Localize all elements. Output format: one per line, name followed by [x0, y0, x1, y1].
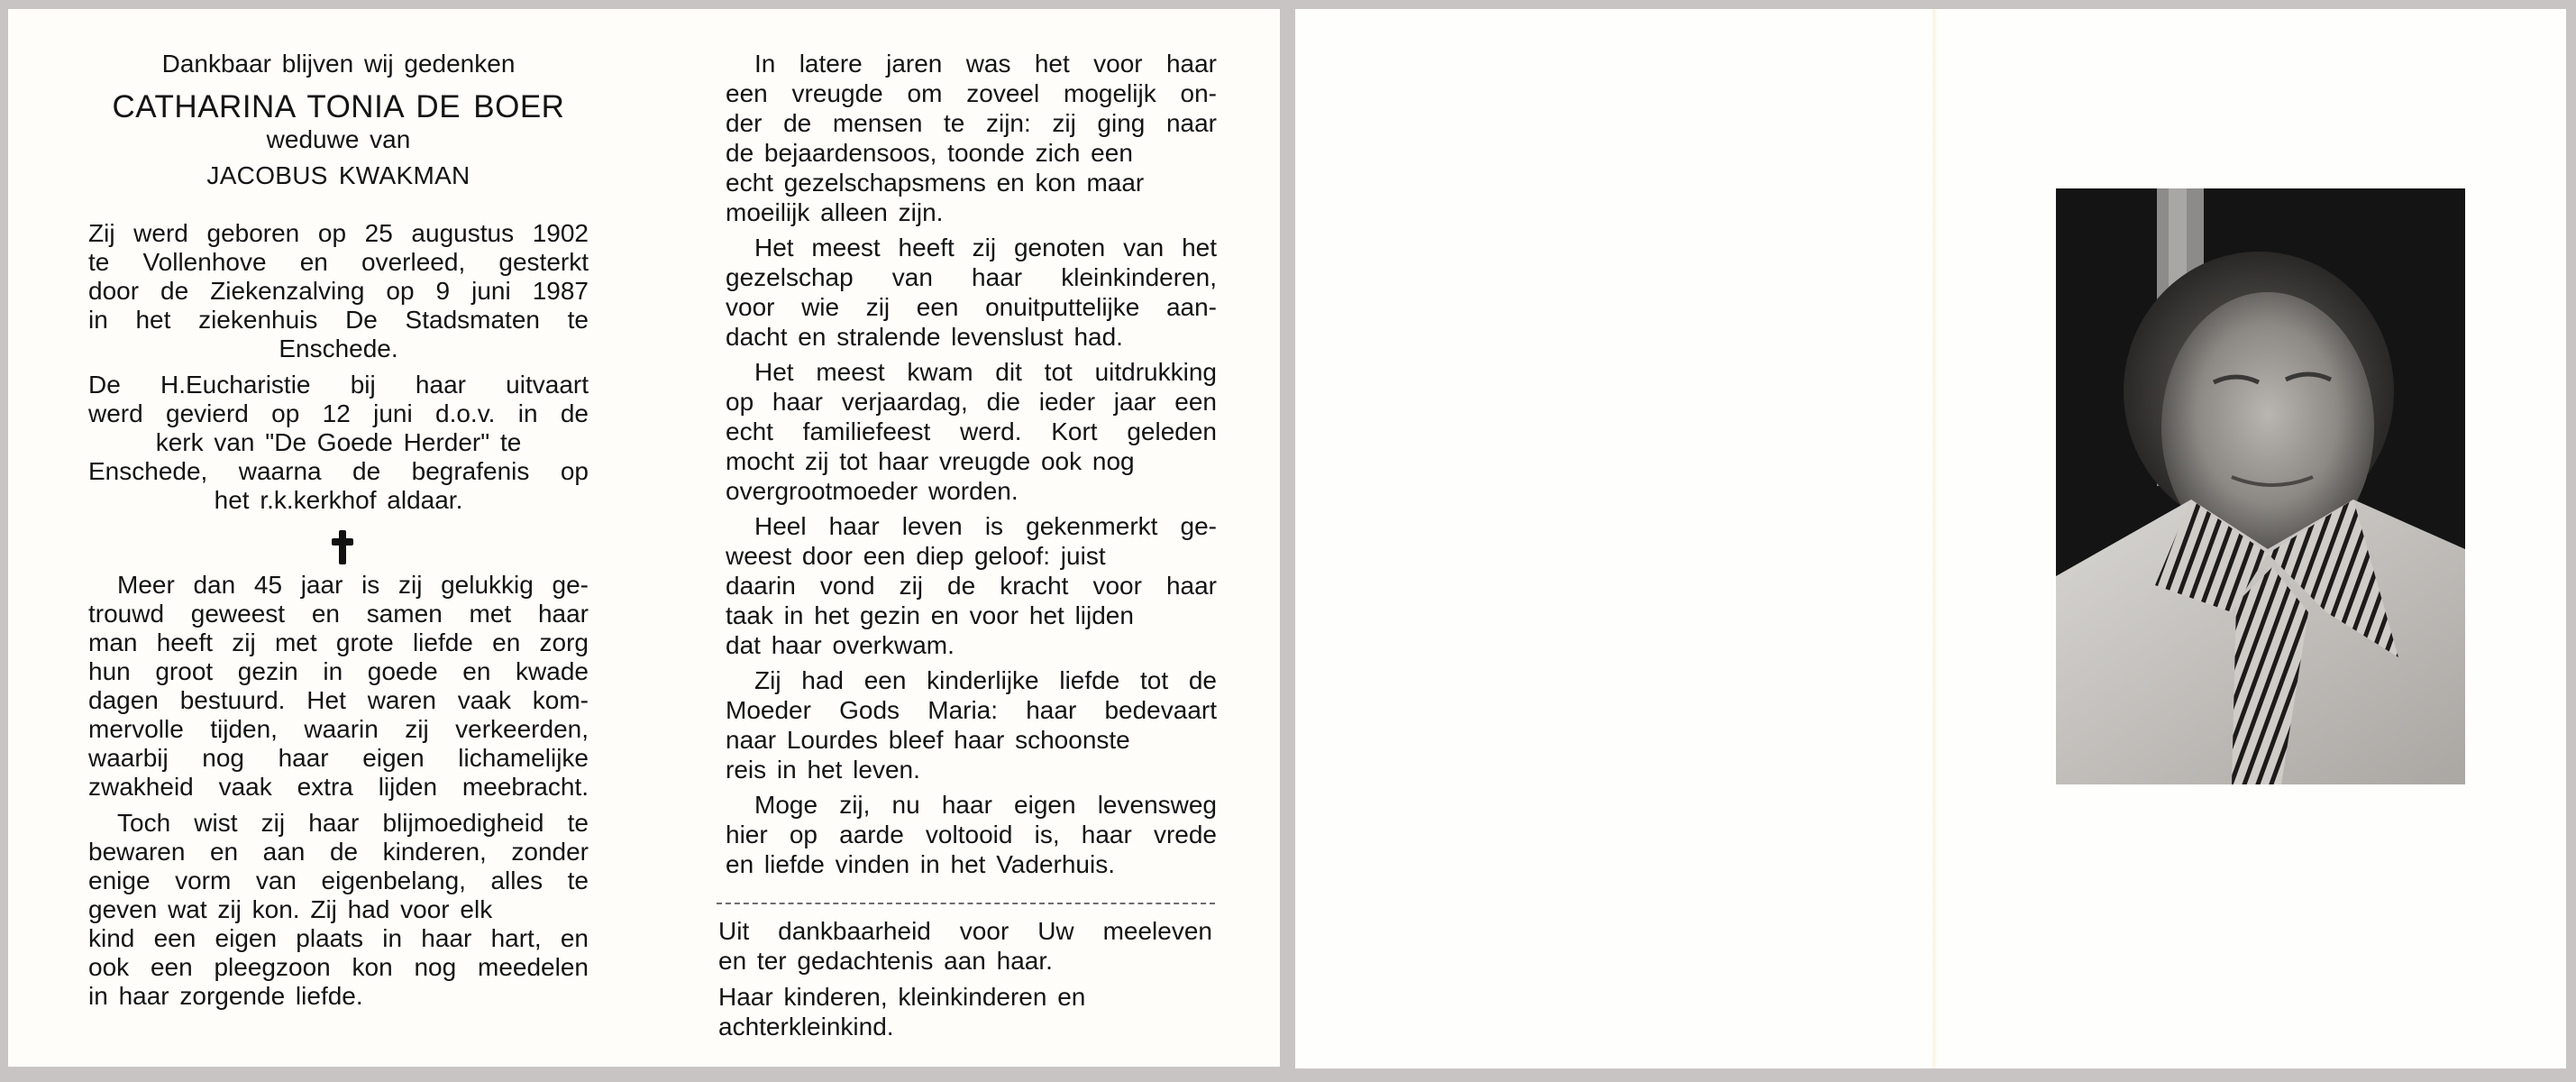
text-line: moeilijk alleen zijn. [726, 198, 1217, 227]
text-line: achterkleinkind. [718, 1013, 1210, 1041]
text-line: Het meest heeft zij genoten van het [726, 234, 1217, 262]
text-line: hun groot gezin in goede en kwade [88, 657, 589, 686]
text-line: Enschede. [88, 335, 589, 363]
text-line: hier op aarde voltooid is, haar vrede [726, 821, 1217, 849]
portrait-image [2056, 188, 2465, 784]
text-line: een vreugde om zoveel mogelijk on- [726, 79, 1217, 108]
text-line: De H.Eucharistie bij haar uitvaart [88, 371, 589, 399]
text-line: reis in het leven. [726, 756, 1217, 784]
text-line: voor wie zij een onuitputtelijke aan- [726, 293, 1217, 322]
text-line: het r.k.kerkhof aldaar. [88, 486, 589, 515]
text-line: Zij had een kinderlijke liefde tot de [726, 666, 1217, 695]
text-line: Moeder Gods Maria: haar bedevaart [726, 696, 1217, 725]
text-line: dagen bestuurd. Het waren vaak kom- [88, 686, 589, 715]
text-line: ook een pleegzoon kon nog meedelen [88, 953, 589, 982]
deceased-name: CATHARINA TONIA DE BOER [88, 89, 589, 125]
text-line: naar Lourdes bleef haar schoonste [726, 726, 1217, 755]
text-line: man heeft zij met grote liefde en zorg [88, 628, 589, 657]
text-line: overgrootmoeder worden. [726, 477, 1217, 506]
text-line: weest door een diep geloof: juist [726, 542, 1217, 571]
text-line: en ter gedachtenis aan haar. [718, 947, 1210, 976]
text-line: dat haar overkwam. [726, 631, 1217, 660]
text-line: Zij werd geboren op 25 augustus 1902 [88, 219, 589, 248]
portrait-photo [2056, 188, 2465, 784]
text-line: Haar kinderen, kleinkinderen en [718, 983, 1210, 1012]
text-line: Enschede, waarna de begrafenis op [88, 457, 589, 486]
text-line: kerk van "De Goede Herder" te [88, 428, 589, 457]
memorial-card-photo-side [1295, 9, 2566, 1068]
text-line: waarbij nog haar eigen lichamelijke [88, 744, 589, 773]
fold-line [1932, 9, 1937, 1068]
text-line: Heel haar leven is gekenmerkt ge- [726, 512, 1217, 541]
text-line: de bejaardensoos, toonde zich een [726, 139, 1217, 168]
text-line: werd gevierd op 12 juni d.o.v. in de [88, 399, 589, 428]
text-line: daarin vond zij de kracht voor haar [726, 572, 1217, 601]
text-line: bewaren en aan de kinderen, zonder [88, 838, 589, 867]
text-line: door de Ziekenzalving op 9 juni 1987 [88, 277, 589, 306]
text-line: kind een eigen plaats in haar hart, en [88, 924, 589, 953]
text-line: Moge zij, nu haar eigen levensweg [726, 791, 1217, 820]
text-line: zwakheid vaak extra lijden meebracht. [88, 773, 589, 802]
text-line: geven wat zij kon. Zij had voor elk [88, 895, 589, 924]
text-line: Meer dan 45 jaar is zij gelukkig ge- [88, 571, 589, 600]
text-line: in haar zorgende liefde. [88, 982, 589, 1011]
text-line: te Vollenhove en overleed, gesterkt [88, 248, 589, 277]
text-line: in het ziekenhuis De Stadsmaten te [88, 306, 589, 335]
text-line: en liefde vinden in het Vaderhuis. [726, 850, 1217, 879]
text-line: gezelschap van haar kleinkinderen, [726, 263, 1217, 292]
text-line: trouwd geweest en samen met haar [88, 600, 589, 628]
memorial-card-text-side: Dankbaar blijven wij gedenken CATHARINA … [8, 9, 1280, 1067]
text-line: mocht zij tot haar vreugde ook nog [726, 447, 1217, 476]
text-line: taak in het gezin en voor het lijden [726, 601, 1217, 630]
text-line: dacht en stralende levenslust had. [726, 323, 1217, 352]
text-line: Uit dankbaarheid voor Uw meeleven [718, 917, 1212, 946]
divider [717, 903, 1215, 904]
text-line: Het meest kwam dit tot uitdrukking [726, 358, 1217, 387]
text-line: mervolle tijden, waarin zij verkeerden, [88, 715, 589, 744]
text-line: echt familiefeest werd. Kort geleden [726, 417, 1217, 446]
cross-icon [332, 530, 353, 566]
text-line: In latere jaren was het voor haar [726, 50, 1217, 78]
text-line: enige vorm van eigenbelang, alles te [88, 867, 589, 895]
text-line: der de mensen te zijn: zij ging naar [726, 109, 1217, 138]
relation-label: weduwe van [88, 125, 589, 154]
text-line: op haar verjaardag, die ieder jaar een [726, 388, 1217, 417]
text-line: Toch wist zij haar blijmoedigheid te [88, 809, 589, 838]
spouse-name: JACOBUS KWAKMAN [88, 161, 589, 190]
heading: Dankbaar blijven wij gedenken [88, 50, 589, 78]
text-line: echt gezelschapsmens en kon maar [726, 169, 1217, 197]
